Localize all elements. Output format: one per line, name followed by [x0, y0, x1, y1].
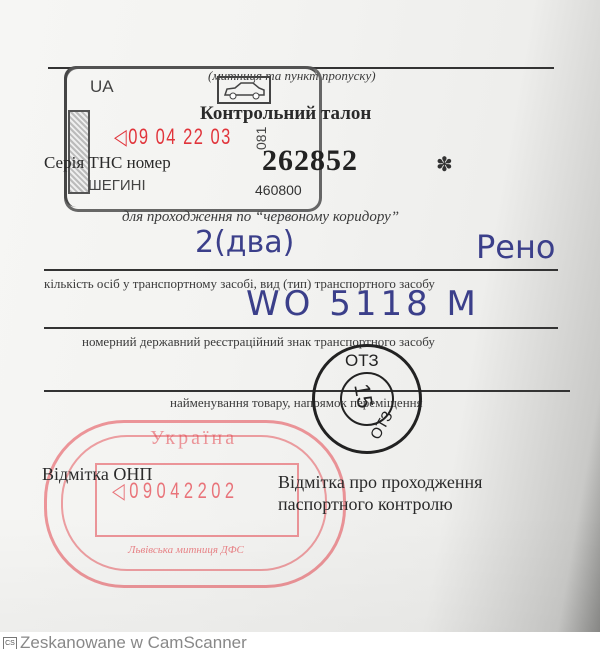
- field-rule: [44, 269, 558, 271]
- camscanner-logo-icon: CS: [3, 637, 17, 649]
- stamp-post: ШЕГИНІ: [88, 177, 146, 194]
- otz-round-stamp: ОТЗ 15 ОТЗ: [312, 344, 422, 454]
- field-rule: [44, 327, 558, 329]
- red-stamp-country: Україна: [150, 427, 237, 450]
- round-stamp-center: 15: [348, 382, 378, 411]
- passport-control-label-1: Відмітка про проходження: [278, 472, 482, 493]
- stamp-country: UA: [90, 77, 114, 97]
- document-title: Контрольний талон: [200, 103, 371, 125]
- stamp-date-code: ◁09 04 22 03: [114, 124, 232, 150]
- field-rule: [44, 390, 570, 392]
- triangle-icon: ◁: [112, 478, 129, 503]
- camscanner-watermark: CSZeskanowane w CamScanner: [3, 633, 247, 649]
- triangle-icon: ◁: [114, 124, 128, 149]
- stamp-hatch: [68, 110, 90, 194]
- stamp-code: 460800: [255, 182, 302, 198]
- red-stamp-date: ◁09042202: [112, 478, 239, 504]
- document-number: 262852: [262, 144, 358, 178]
- series-label: Серія ТНС номер: [44, 153, 171, 173]
- car-icon: [217, 76, 271, 104]
- subtitle: для проходження по “червоному коридору”: [122, 209, 399, 226]
- rosette-icon: ✽: [436, 152, 453, 177]
- handwritten-plate: WO 5118 M: [246, 284, 480, 324]
- passport-control-label-2: паспортного контролю: [278, 494, 453, 515]
- red-stamp-office: Львівська митниця ДФС: [128, 544, 244, 556]
- handwritten-vehicle-type: Рено: [476, 228, 555, 266]
- scanned-document: (митниця та пункт пропуску) UA Контрольн…: [0, 0, 600, 632]
- handwritten-persons: 2(два): [195, 225, 294, 260]
- round-stamp-top: ОТЗ: [345, 351, 379, 371]
